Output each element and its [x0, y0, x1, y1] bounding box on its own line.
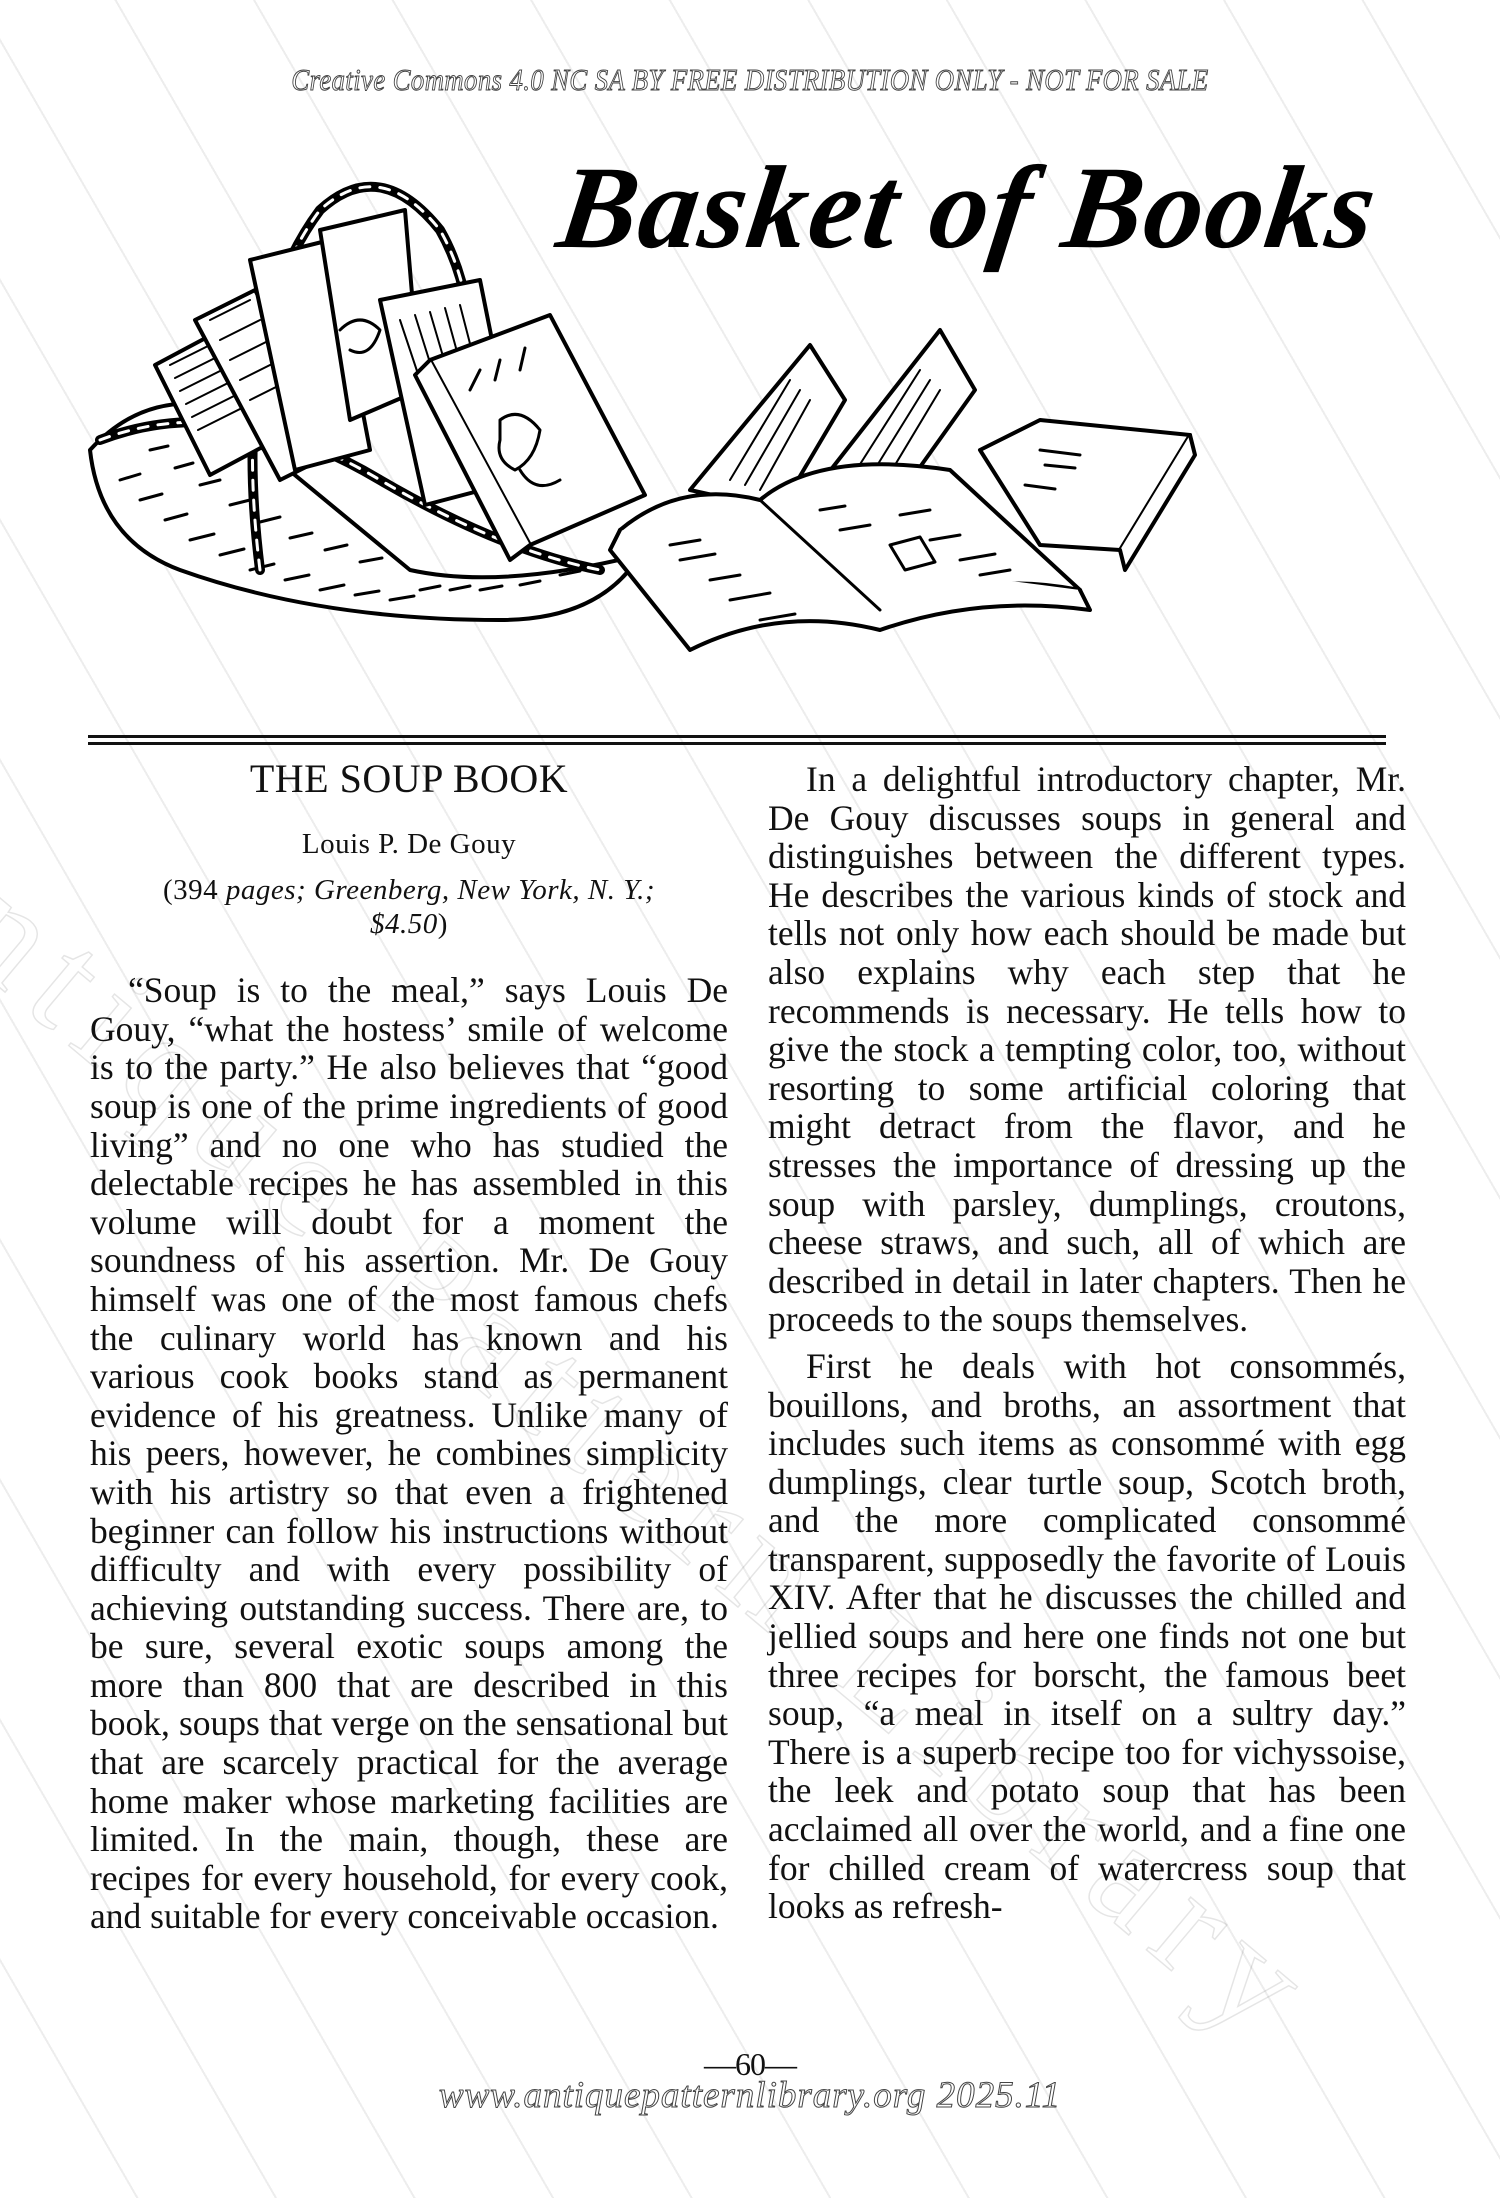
footer-website: www.antiquepatternlibrary.org 2025.11: [0, 2074, 1500, 2117]
section-title: Basket of Books: [538, 140, 1397, 276]
book-author: Louis P. De Gouy: [90, 825, 728, 864]
pages-label: pages;: [226, 874, 306, 906]
page-count: 394: [173, 874, 218, 906]
review-paragraph: First he deals with hot consommés, bouil…: [768, 1347, 1406, 1926]
license-notice: Creative Commons 4.0 NC SA BY FREE DISTR…: [105, 62, 1395, 98]
header-rule-bottom: [88, 742, 1386, 745]
publisher: Greenberg, New York, N. Y.;: [314, 874, 655, 906]
price: $4.50: [370, 908, 438, 940]
left-column: THE SOUP BOOK Louis P. De Gouy (394 page…: [90, 760, 728, 1936]
book-title: THE SOUP BOOK: [90, 760, 728, 799]
publication-info: (394 pages; Greenberg, New York, N. Y.; …: [90, 873, 728, 941]
review-paragraph: In a delightful introductory chapter, Mr…: [768, 760, 1406, 1339]
right-column: In a delightful introductory chapter, Mr…: [768, 760, 1406, 1926]
review-paragraph: “Soup is to the meal,” says Louis De Gou…: [90, 971, 728, 1936]
header-rule-top: [88, 735, 1386, 738]
